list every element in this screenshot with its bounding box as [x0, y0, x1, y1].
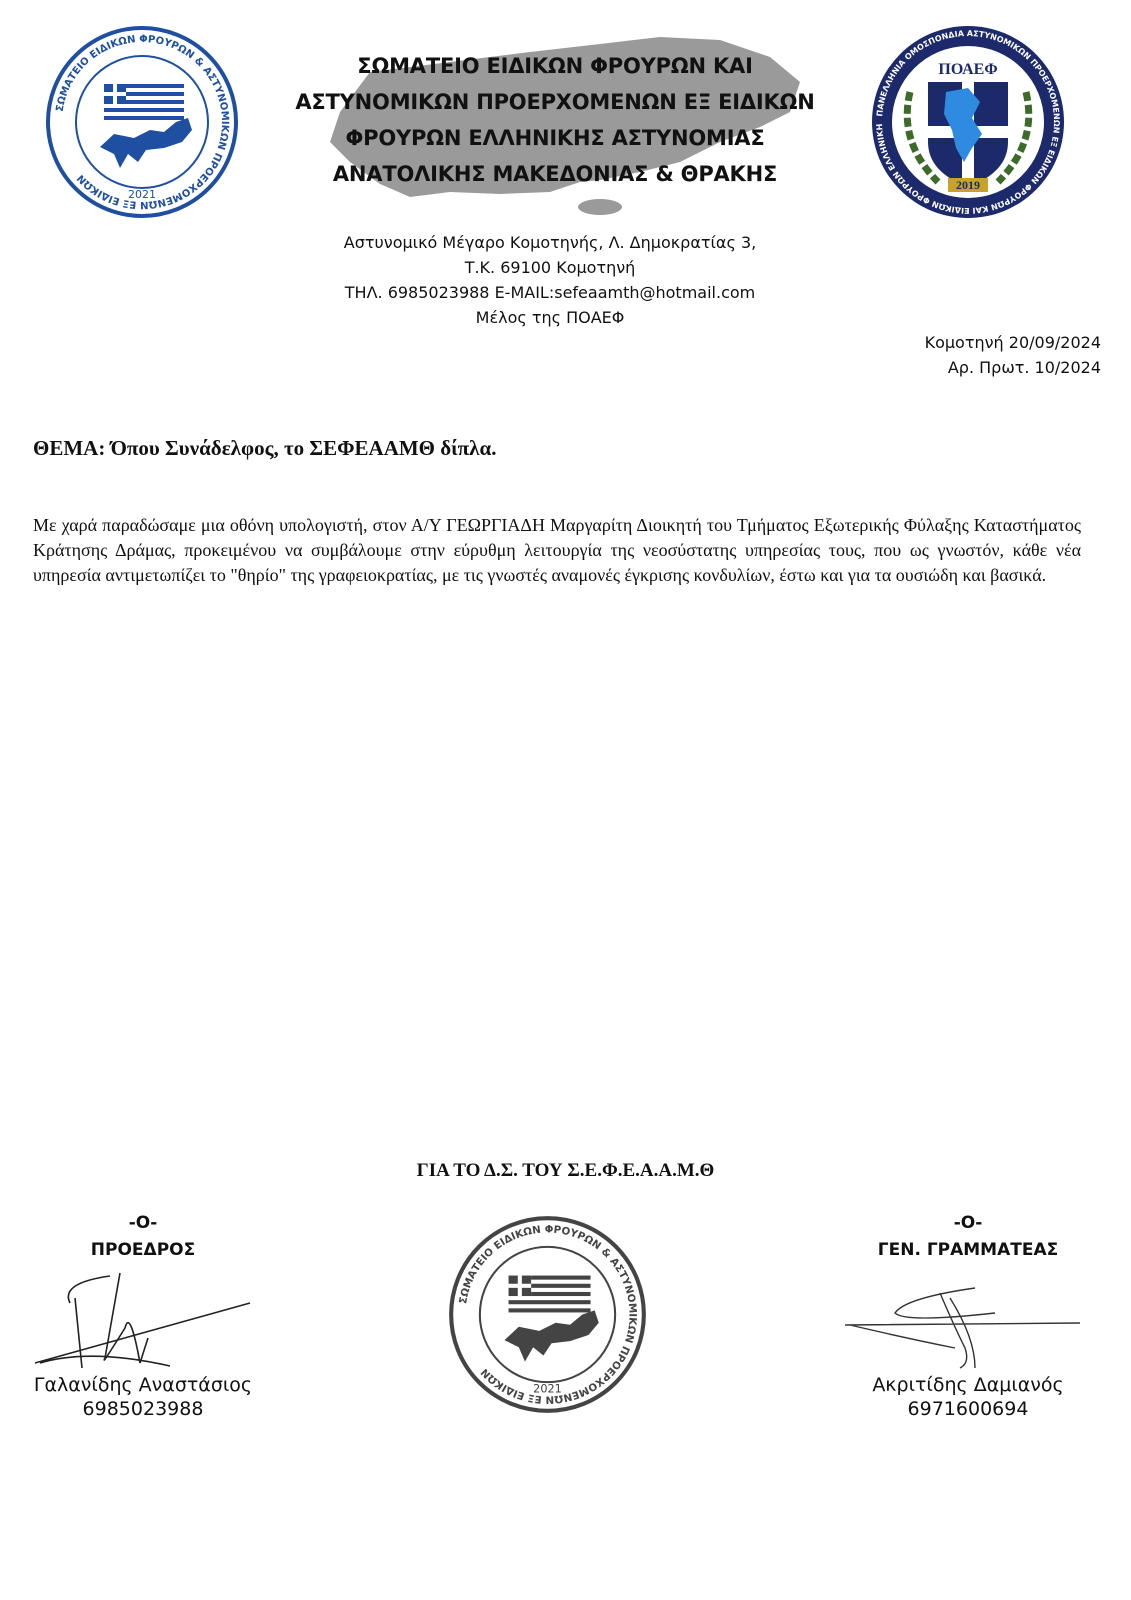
date-protocol-block: Κομοτηνή 20/09/2024 Αρ. Πρωτ. 10/2024	[925, 330, 1101, 380]
president-name: Γαλανίδης Αναστάσιος	[28, 1374, 258, 1396]
union-logo: ΣΩΜΑΤΕΙΟ ΕΙΔΙΚΩΝ ΦΡΟΥΡΩΝ & ΑΣΤΥΝΟΜΙΚΩΝ Π…	[42, 22, 242, 222]
poaef-logo: ΠΑΝΕΛΛΗΝΙΑ ΟΜΟΣΠΟΝΔΙΑ ΑΣΤΥΝΟΜΙΚΩΝ ΠΡΟΕΡΧ…	[868, 22, 1068, 222]
protocol-number: Αρ. Πρωτ. 10/2024	[925, 355, 1101, 380]
secretary-phone: 6971600694	[848, 1398, 1088, 1420]
organization-title: ΣΩΜΑΤΕΙΟ ΕΙΔΙΚΩΝ ΦΡΟΥΡΩΝ ΚΑΙ ΑΣΤΥΝΟΜΙΚΩΝ…	[285, 48, 825, 192]
svg-text:ΣΩΜΑΤΕΙΟ ΕΙΔΙΚΩΝ ΦΡΟΥΡΩΝ & ΑΣΤ: ΣΩΜΑΤΕΙΟ ΕΙΔΙΚΩΝ ΦΡΟΥΡΩΝ & ΑΣΤΥΝΟΜΙΚΩΝ Π…	[55, 34, 230, 210]
secretary-article: -Ο-	[848, 1213, 1088, 1233]
svg-text:ΣΩΜΑΤΕΙΟ ΕΙΔΙΚΩΝ ΦΡΟΥΡΩΝ & ΑΣΤ: ΣΩΜΑΤΕΙΟ ΕΙΔΙΚΩΝ ΦΡΟΥΡΩΝ & ΑΣΤΥΝΟΜΙΚΩΝ Π…	[457, 1223, 638, 1405]
union-stamp: ΣΩΜΑΤΕΙΟ ΕΙΔΙΚΩΝ ΦΡΟΥΡΩΝ & ΑΣΤΥΝΟΜΙΚΩΝ Π…	[445, 1212, 650, 1417]
board-signature-line: ΓΙΑ ΤΟ Δ.Σ. ΤΟΥ Σ.Ε.Φ.Ε.Α.Α.Μ.Θ	[0, 1160, 1131, 1182]
union-stamp-icon: ΣΩΜΑΤΕΙΟ ΕΙΔΙΚΩΝ ΦΡΟΥΡΩΝ & ΑΣΤΥΝΟΜΙΚΩΝ Π…	[445, 1212, 650, 1417]
body-paragraph: Με χαρά παραδώσαμε μια οθόνη υπολογιστή,…	[33, 513, 1081, 588]
address-block: Αστυνομικό Μέγαρο Κομοτηνής, Λ. Δημοκρατ…	[300, 230, 800, 330]
secretary-role: ΓΕΝ. ΓΡΑΜΜΑΤΕΑΣ	[848, 1240, 1088, 1260]
svg-text:ΠΟΑΕΦ: ΠΟΑΕΦ	[938, 61, 997, 78]
subject-line: ΘΕΜΑ: Όπου Συνάδελφος, το ΣΕΦΕΑΑΜΘ δίπλα…	[33, 436, 496, 461]
president-phone: 6985023988	[28, 1398, 258, 1420]
president-role: ΠΡΟΕΔΡΟΣ	[28, 1240, 258, 1260]
secretary-signature	[845, 1268, 1085, 1378]
signature-icon	[30, 1268, 260, 1378]
signature-icon	[845, 1268, 1085, 1378]
letter-date: Κομοτηνή 20/09/2024	[925, 330, 1101, 355]
secretary-name: Ακριτίδης Δαμιανός	[848, 1374, 1088, 1396]
poaef-logo-icon: ΠΑΝΕΛΛΗΝΙΑ ΟΜΟΣΠΟΝΔΙΑ ΑΣΤΥΝΟΜΙΚΩΝ ΠΡΟΕΡΧ…	[868, 22, 1068, 222]
president-article: -Ο-	[28, 1213, 258, 1233]
svg-text:2021: 2021	[533, 1382, 562, 1395]
svg-text:2019: 2019	[956, 178, 980, 192]
svg-text:2021: 2021	[128, 188, 156, 201]
president-signature	[30, 1268, 260, 1378]
union-seal-logo-icon: ΣΩΜΑΤΕΙΟ ΕΙΔΙΚΩΝ ΦΡΟΥΡΩΝ & ΑΣΤΥΝΟΜΙΚΩΝ Π…	[42, 22, 242, 222]
